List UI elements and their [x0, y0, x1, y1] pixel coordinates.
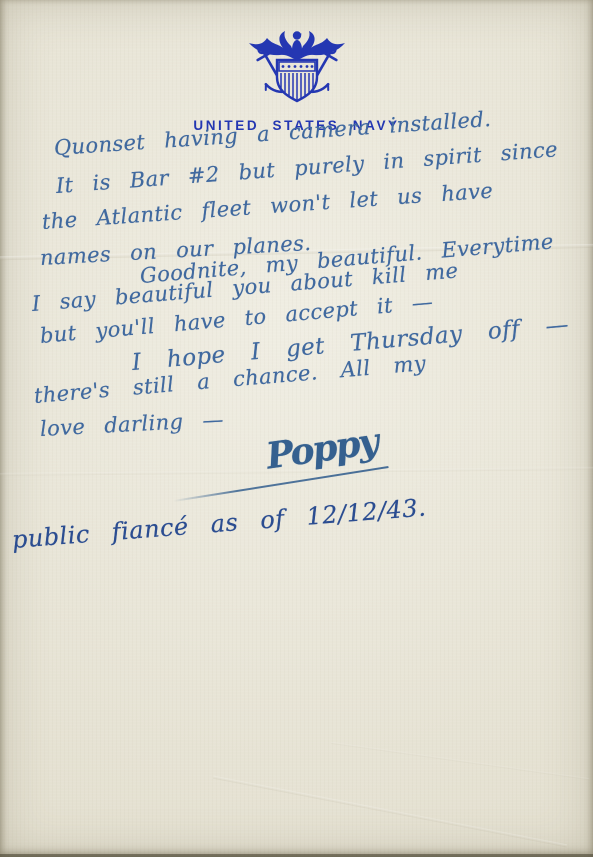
letterhead: UNITED STATES NAVY: [0, 22, 593, 133]
fold-crease: [213, 776, 567, 848]
letter-page: UNITED STATES NAVY Quonset having a came…: [0, 0, 593, 857]
navy-crest-icon: [233, 22, 361, 114]
handwriting-line: love darling —: [39, 407, 224, 441]
fold-crease: [331, 742, 589, 780]
postscript-annotation: public fiancé as of 12/12/43.: [11, 493, 427, 554]
